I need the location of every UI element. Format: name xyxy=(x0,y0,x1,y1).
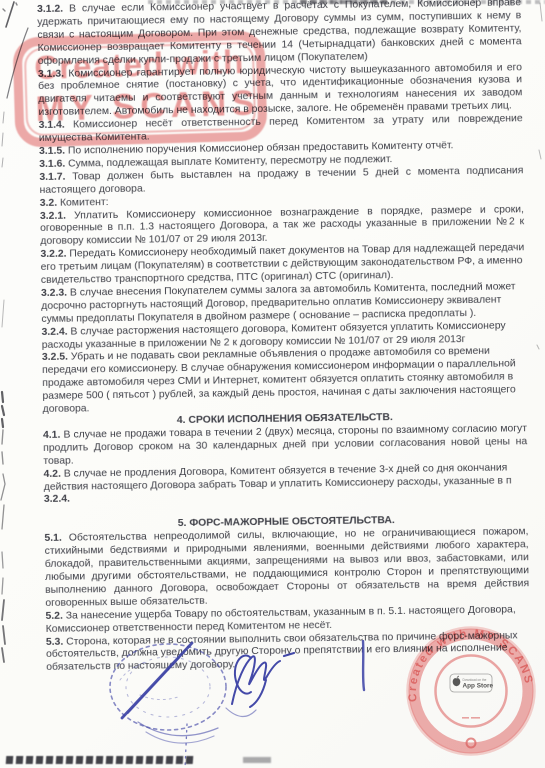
paragraph-number: 4.2. xyxy=(43,468,60,479)
paragraph-text: В случае не продления Договора, Комитент… xyxy=(44,462,512,492)
app-store-badge: Download on the App Store xyxy=(450,674,493,692)
signature-and-stamp xyxy=(80,640,380,768)
paragraph-number: 5.2. xyxy=(45,610,62,621)
paragraph-number: 5.1. xyxy=(44,533,61,544)
paragraph-number: 3.2.5. xyxy=(42,352,68,363)
contract-paragraph: 3.2.3. В случае внесения Покупателем сум… xyxy=(41,281,525,326)
signature-ink xyxy=(232,653,294,707)
paragraph-number: 5.3. xyxy=(46,636,63,647)
paragraph-number: 3.2.1. xyxy=(40,210,66,221)
paragraph-number: 3.2. xyxy=(40,197,57,208)
myscans-watermark-top: Created with MY SCANS xyxy=(12,30,267,147)
paragraph-text: Комитент: xyxy=(57,197,109,209)
paragraph-text: Уплатить Комиссионеру комиссионное возна… xyxy=(40,204,524,248)
paragraph-number: 3.2.4. xyxy=(42,326,68,337)
paragraph-text: Передать Комиссионеру необходимый пакет … xyxy=(41,242,525,286)
scanned-contract-page: 3.1.2. В случае если Комиссионер участву… xyxy=(0,0,545,768)
stray-ink-stroke xyxy=(363,641,364,690)
contract-paragraph: 3.2.2. Передать Комиссионеру необходимый… xyxy=(40,242,524,287)
badge-big-text: App Store xyxy=(463,682,494,689)
myscans-watermark-top-line1: Created with xyxy=(22,41,257,90)
paragraph-number: 4.1. xyxy=(43,430,60,441)
paragraph-number: 3.2.4. xyxy=(44,494,70,505)
paragraph-number: 3.1.7. xyxy=(39,171,65,182)
paragraph-number: 3.2.3. xyxy=(41,288,67,299)
paragraph-number: 3.1.2. xyxy=(37,4,63,15)
paragraph-text: В случае внесения Покупателем суммы зало… xyxy=(41,281,515,324)
stamp-fine-print xyxy=(462,717,480,719)
badge-small-text: Download on the xyxy=(463,678,487,682)
page-bottom-text-remnant xyxy=(6,756,197,764)
paragraph-number: 3.1.6. xyxy=(39,158,65,169)
myscans-watermark-top-line2: MY SCANS xyxy=(23,83,258,132)
paragraph-text: Обстоятельства непреодолимой силы, включ… xyxy=(45,526,530,608)
paragraph-text: Убрать и не подавать свои рекламные объя… xyxy=(42,346,516,415)
paragraph-number: 3.2.2. xyxy=(40,249,66,260)
contract-paragraph: 3.2.5. Убрать и не подавать свои рекламн… xyxy=(42,346,527,417)
contract-paragraph: 4.1. В случае не продажи товара в течени… xyxy=(43,423,527,468)
page-bottom-text-remnant-2 xyxy=(243,757,271,763)
myscans-watermark-bottom: Created with MY SCANS Download on the Ap… xyxy=(396,616,545,766)
contract-paragraph: 5.1. Обстоятельства непреодолимой силы, … xyxy=(44,526,529,610)
paragraph-text: В случае не продажи товара в течении 2 (… xyxy=(43,423,527,467)
paragraph-number: 3.1.5. xyxy=(39,146,65,157)
